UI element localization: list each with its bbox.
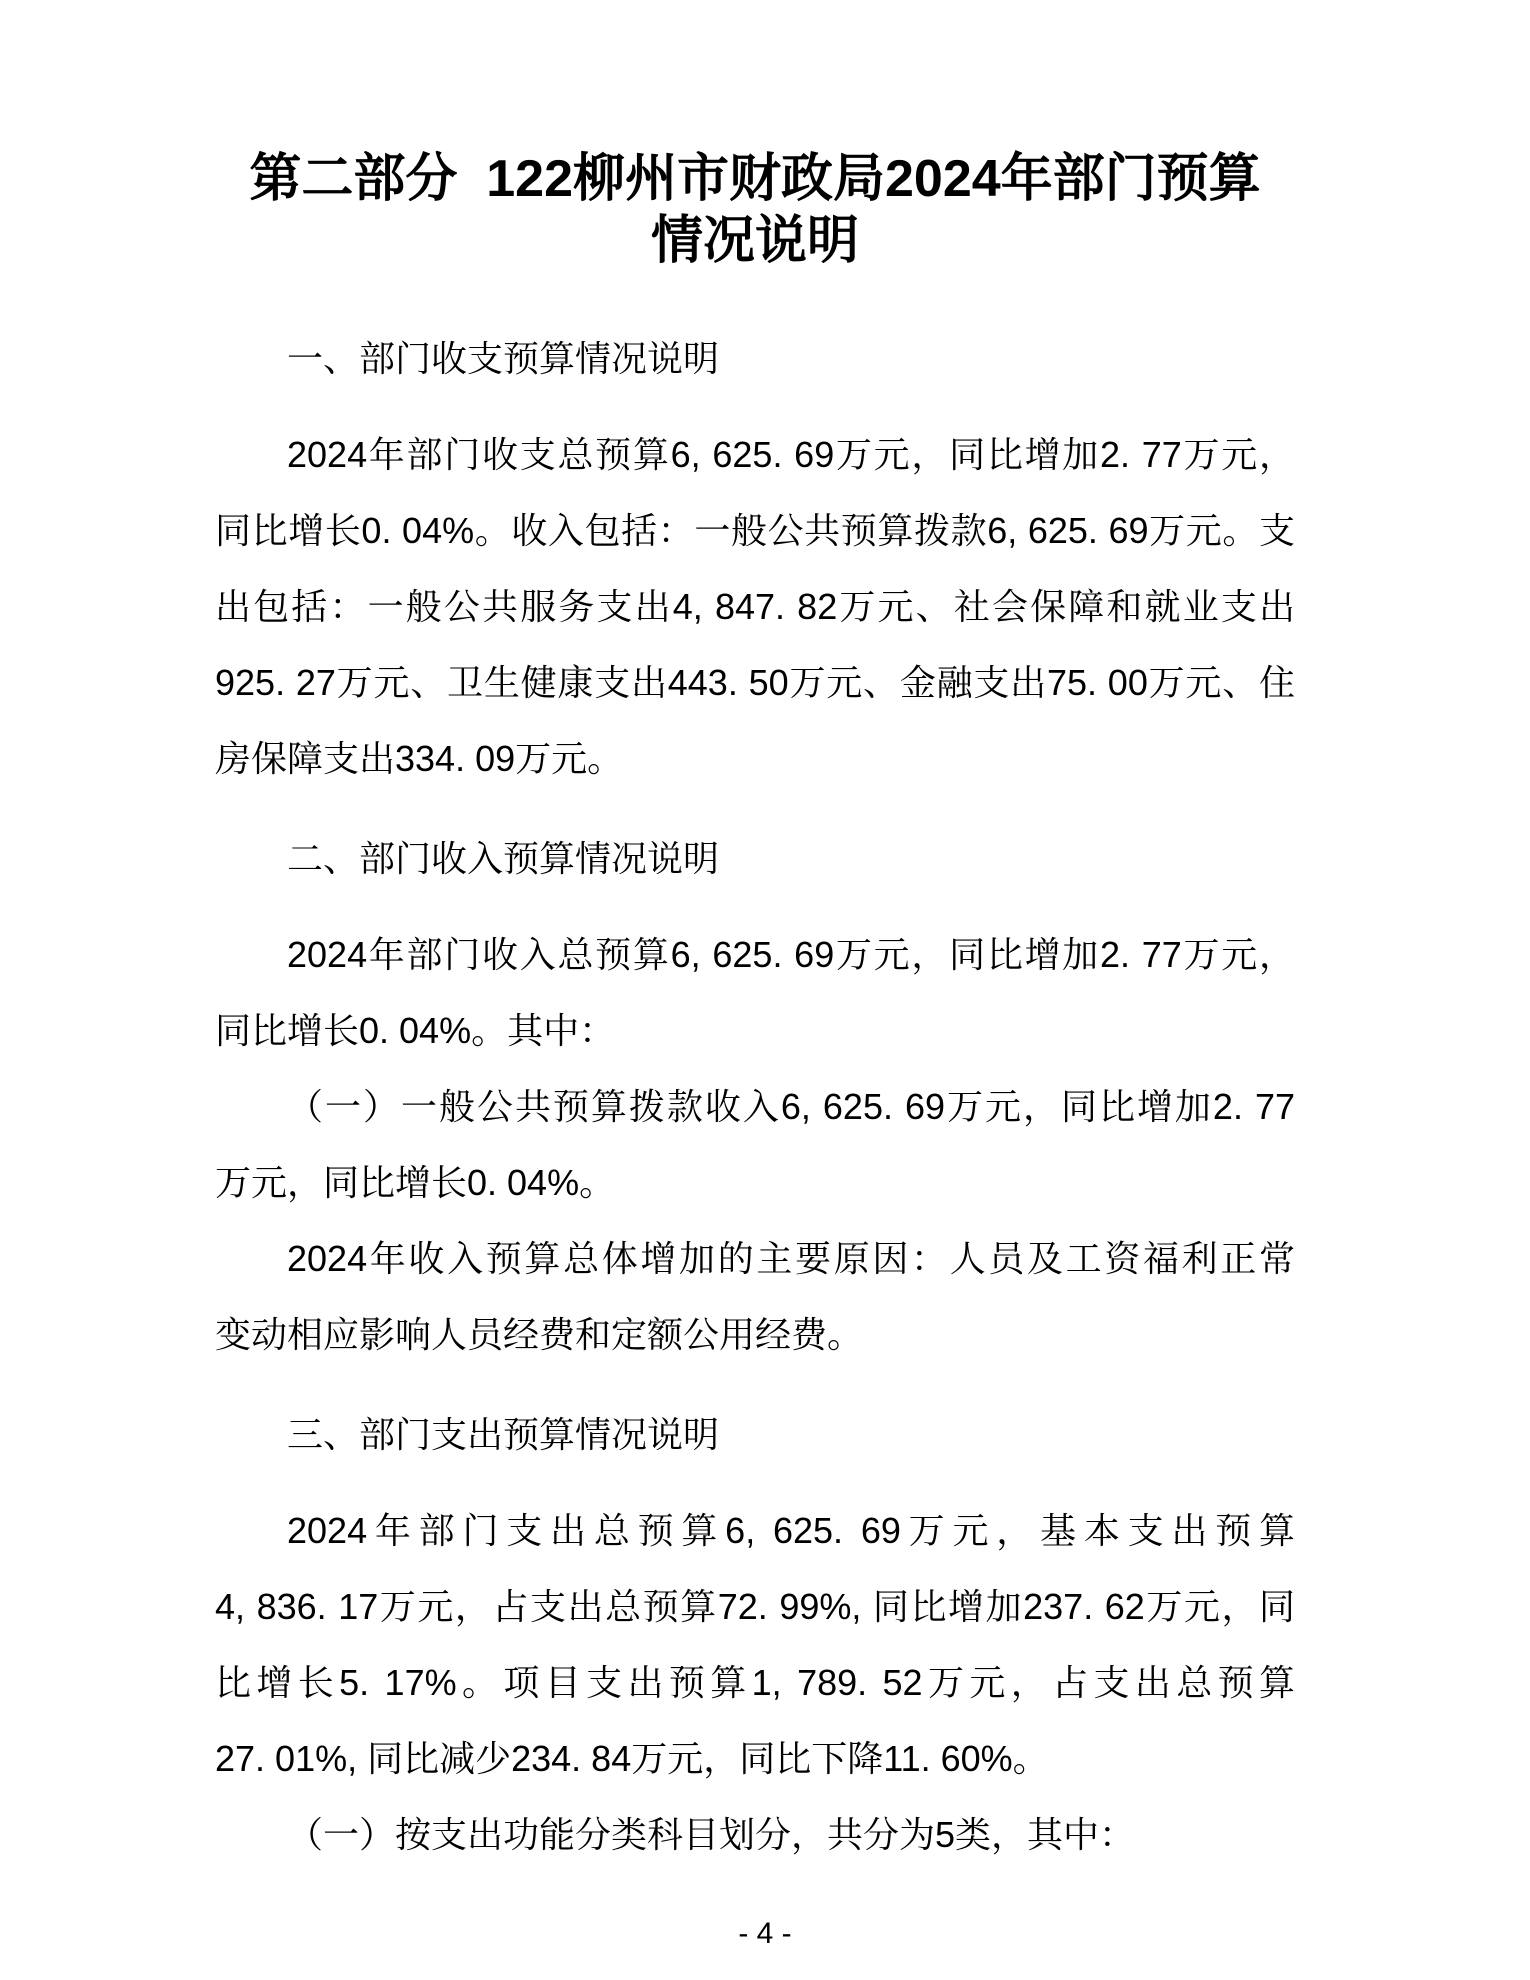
section-heading-2: 二、部门收入预算情况说明	[215, 797, 1295, 917]
text-line: 27. 01%, 同比减少234. 84万元，同比下降11. 60%。	[215, 1721, 1295, 1797]
text-line: 2024年部门支出总预算6, 625. 69万元，基本支出预算	[215, 1493, 1295, 1569]
text-line: 同比增长0. 04%。其中：	[215, 993, 1295, 1069]
text-line: 2024年收入预算总体增加的主要原因：人员及工资福利正常	[215, 1221, 1295, 1297]
text-line: 2024年部门收入总预算6, 625. 69万元，同比增加2. 77万元，	[215, 917, 1295, 993]
text-line: 出包括：一般公共服务支出4, 847. 82万元、社会保障和就业支出	[215, 569, 1295, 645]
page-number: - 4 -	[0, 1916, 1530, 1952]
document-title-line-2: 情况说明	[215, 210, 1295, 272]
paragraph: 2024年部门收入总预算6, 625. 69万元，同比增加2. 77万元， 同比…	[215, 917, 1295, 1069]
section-heading-3: 三、部门支出预算情况说明	[215, 1373, 1295, 1493]
document-title: 第二部分 122柳州市财政局2024年部门预算 情况说明	[215, 148, 1295, 272]
text-line: 4, 836. 17万元，占支出总预算72. 99%, 同比增加237. 62万…	[215, 1569, 1295, 1645]
text-line: 万元，同比增长0. 04%。	[215, 1145, 1295, 1221]
document-title-line-1: 第二部分 122柳州市财政局2024年部门预算	[215, 148, 1295, 210]
text-line: 同比增长0. 04%。收入包括：一般公共预算拨款6, 625. 69万元。支	[215, 493, 1295, 569]
text-line: 房保障支出334. 09万元。	[215, 721, 1295, 797]
paragraph: 2024年部门收支总预算6, 625. 69万元，同比增加2. 77万元， 同比…	[215, 417, 1295, 797]
paragraph: （一）按支出功能分类科目划分，共分为5类，其中：	[215, 1797, 1295, 1873]
paragraph: 2024年收入预算总体增加的主要原因：人员及工资福利正常 变动相应影响人员经费和…	[215, 1221, 1295, 1373]
text-line: 2024年部门收支总预算6, 625. 69万元，同比增加2. 77万元，	[215, 417, 1295, 493]
text-line: （一）一般公共预算拨款收入6, 625. 69万元，同比增加2. 77	[215, 1069, 1295, 1145]
text-line: 比增长5. 17%。项目支出预算1, 789. 52万元，占支出总预算	[215, 1645, 1295, 1721]
document-page: 第二部分 122柳州市财政局2024年部门预算 情况说明 一、部门收支预算情况说…	[0, 0, 1530, 1980]
paragraph: 2024年部门支出总预算6, 625. 69万元，基本支出预算 4, 836. …	[215, 1493, 1295, 1797]
text-line: 925. 27万元、卫生健康支出443. 50万元、金融支出75. 00万元、住	[215, 645, 1295, 721]
paragraph: （一）一般公共预算拨款收入6, 625. 69万元，同比增加2. 77 万元，同…	[215, 1069, 1295, 1221]
text-line: 变动相应影响人员经费和定额公用经费。	[215, 1297, 1295, 1373]
document-content: 第二部分 122柳州市财政局2024年部门预算 情况说明 一、部门收支预算情况说…	[215, 0, 1295, 1873]
section-heading-1: 一、部门收支预算情况说明	[215, 297, 1295, 417]
text-line: （一）按支出功能分类科目划分，共分为5类，其中：	[215, 1797, 1295, 1873]
